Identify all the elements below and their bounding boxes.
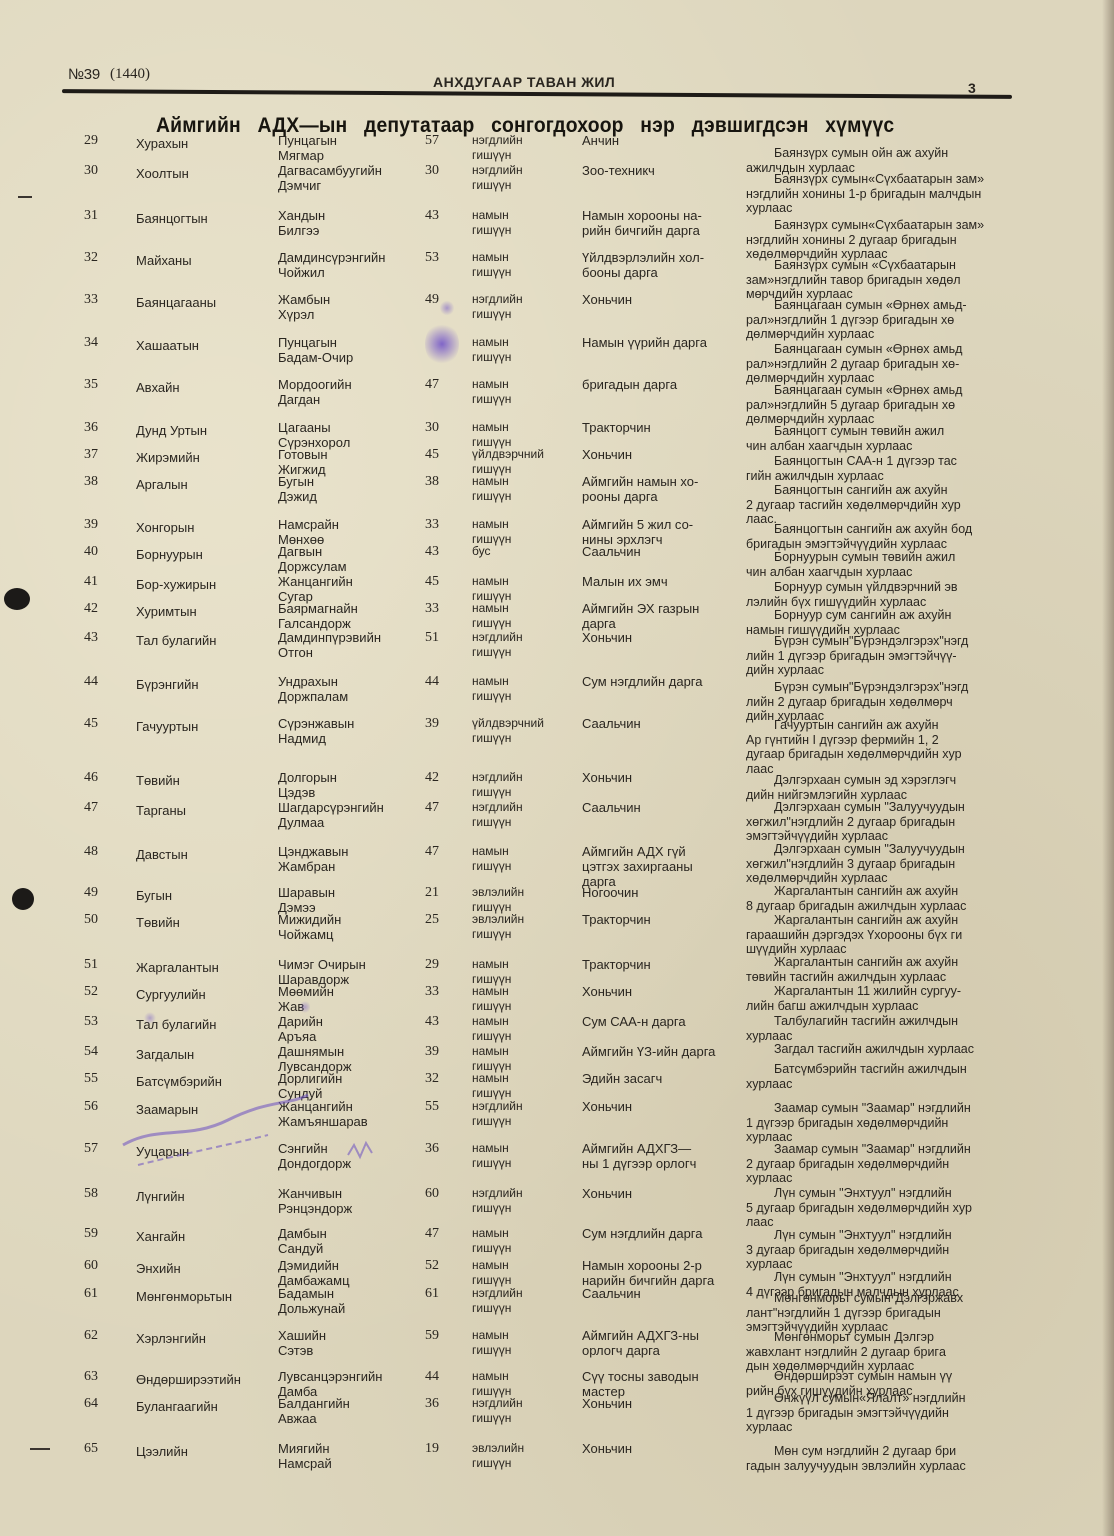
- occupation-line: Хоньчин: [582, 1099, 727, 1114]
- district-name: Дунд Уртын: [136, 423, 207, 438]
- candidate-name: ДолгорынЦэдэв: [278, 770, 337, 800]
- district-name: Төвийн: [136, 915, 180, 930]
- party-membership-line: нэгдлийн: [472, 1099, 523, 1114]
- row-number: 31: [84, 208, 98, 223]
- nomination-line: рал»нэгдлийн 5 дугаар бригадын хө: [746, 398, 992, 413]
- candidate-name: ДэмидийнДамбажамц: [278, 1258, 350, 1288]
- row-number: 57: [84, 1141, 98, 1156]
- party-membership-line: намын: [472, 1226, 511, 1241]
- candidate-age: 39: [425, 1044, 439, 1059]
- party-membership-line: гишүүн: [472, 392, 511, 407]
- candidate-name-line: Дарийн: [278, 1014, 323, 1029]
- candidate-name: ДагвынДоржсулам: [278, 544, 347, 574]
- nomination-line: лэлийн бүх гишүүдийн хурлаас: [746, 595, 992, 610]
- candidate-name: Чимэг ОчирынШаравдорж: [278, 957, 366, 987]
- candidate-name: БугынДэжид: [278, 474, 317, 504]
- party-membership: намынгишүүн: [472, 957, 511, 987]
- candidate-age: 47: [425, 800, 439, 815]
- nomination-line: 3 дугаар бригадын хөдөлмөрчдийн: [746, 1243, 992, 1258]
- occupation-line: Аймгийн намын хо-: [582, 474, 727, 489]
- party-membership-line: гишүүн: [472, 1201, 523, 1216]
- candidate-name-line: Дашнямын: [278, 1044, 352, 1059]
- nomination-line: Мөн сум нэгдлийн 2 дугаар бри: [746, 1444, 992, 1459]
- row-number: 38: [84, 474, 98, 489]
- occupation-line: Сум нэгдлийн дарга: [582, 1226, 727, 1241]
- candidate-name: ЦагааныСүрэнхорол: [278, 420, 350, 450]
- nomination-entry: Баянцогтын САА-н 1 дүгээр тасгийн ажилчд…: [746, 454, 992, 483]
- nomination-line: Ар гүнтийн I дүгээр фермийн 1, 2: [746, 733, 992, 748]
- party-membership: нэгдлийнгишүүн: [472, 292, 523, 322]
- occupation: Саальчин: [582, 800, 727, 815]
- candidate-name-line: Жамбран: [278, 859, 348, 874]
- candidate-age: 57: [425, 133, 439, 148]
- party-membership: намынгишүүн: [472, 1328, 511, 1358]
- nomination-entry: Баянцогтын сангийн аж ахуйн2 дугаар тасг…: [746, 483, 992, 527]
- party-membership-line: гишүүн: [472, 1241, 511, 1256]
- occupation-line: Аймгийн АДХГЗ-ны: [582, 1328, 727, 1343]
- occupation: Аймгийн намын хо-рооны дарга: [582, 474, 727, 504]
- occupation: бригадын дарга: [582, 377, 727, 392]
- occupation: Хоньчин: [582, 630, 727, 645]
- occupation-line: Хоньчин: [582, 292, 727, 307]
- candidate-name-line: Долгорын: [278, 770, 337, 785]
- nomination-line: бригадын эмэгтэйчүүдийн хурлаас: [746, 537, 992, 552]
- party-membership: нэгдлийнгишүүн: [472, 1186, 523, 1216]
- candidate-name: ЛувсанцэрэнгийнДамба: [278, 1369, 382, 1399]
- nomination-line: лийн 1 дүгээр бригадын эмэгтэйчүү-: [746, 649, 992, 664]
- page-edge-shadow: [1102, 0, 1114, 1536]
- candidate-name-line: Чойжил: [278, 265, 386, 280]
- nomination-entry: Борнуурын сумын төвийн ажилчин албан хаа…: [746, 550, 992, 579]
- district-name: Лүнгийн: [136, 1189, 185, 1204]
- candidate-name-line: Мягмар: [278, 148, 337, 163]
- candidate-name-line: Хашийн: [278, 1328, 326, 1343]
- party-membership-line: намын: [472, 1258, 511, 1273]
- nomination-line: гадын залуучуудын эвлэлийн хурлаас: [746, 1459, 992, 1474]
- party-membership-line: гишүүн: [472, 645, 523, 660]
- candidate-name: МижидийнЧойжамц: [278, 912, 341, 942]
- nomination-entry: Дэлгэрхаан сумын эд хэрэглэгчдийн нийгэм…: [746, 773, 992, 802]
- occupation-line: Хоньчин: [582, 1186, 727, 1201]
- nomination-line: Баянзүрх сумын «Сүхбаатарын: [746, 258, 992, 273]
- candidate-age: 43: [425, 544, 439, 559]
- party-membership-line: гишүүн: [472, 307, 523, 322]
- punch-hole: [12, 888, 34, 910]
- candidate-name-line: Отгон: [278, 645, 381, 660]
- row-number: 64: [84, 1396, 98, 1411]
- district-name: Заамарын: [136, 1102, 198, 1117]
- candidate-age: 53: [425, 250, 439, 265]
- party-membership-line: намын: [472, 844, 511, 859]
- nomination-entry: Өнжүүл сумын«Ялалт» нэгдлийн1 дүгээр бри…: [746, 1391, 992, 1435]
- row-number: 49: [84, 885, 98, 900]
- candidate-name: ДашнямынЛувсандорж: [278, 1044, 352, 1074]
- district-name: Загдалын: [136, 1047, 194, 1062]
- party-membership: үйлдвэрчнийгишүүн: [472, 447, 544, 477]
- party-membership-line: намын: [472, 957, 511, 972]
- party-membership: намынгишүүн: [472, 250, 511, 280]
- candidate-name-line: Дагдан: [278, 392, 352, 407]
- candidate-name: ЦэнджавынЖамбран: [278, 844, 348, 874]
- row-number: 51: [84, 957, 98, 972]
- district-name: Ууцарын: [136, 1144, 189, 1159]
- party-membership-line: гишүүн: [472, 616, 511, 631]
- nomination-line: Жаргалантын 11 жилийн сургуу-: [746, 984, 992, 999]
- candidate-name: МордоогийнДагдан: [278, 377, 352, 407]
- candidate-name-line: Билгээ: [278, 223, 325, 238]
- occupation: Саальчин: [582, 1286, 727, 1301]
- nomination-entry: Загдал тасгийн ажилчдын хурлаас: [746, 1042, 992, 1057]
- nomination-line: Баянцогтын сангийн аж ахуйн бод: [746, 522, 992, 537]
- occupation-line: Намын хорооны на-: [582, 208, 727, 223]
- candidate-name: ПунцагынМягмар: [278, 133, 337, 163]
- occupation-line: Саальчин: [582, 544, 727, 559]
- candidate-name: ГотовынЖигжид: [278, 447, 328, 477]
- row-number: 60: [84, 1258, 98, 1273]
- nomination-line: Лүн сумын "Энхтуул" нэгдлийн: [746, 1270, 992, 1285]
- party-membership-line: гишүүн: [472, 731, 544, 746]
- party-membership: нэгдлийнгишүүн: [472, 1099, 523, 1129]
- candidate-name-line: Галсандорж: [278, 616, 358, 631]
- district-name: Бор-хужирын: [136, 577, 216, 592]
- candidate-name-line: Дагвын: [278, 544, 347, 559]
- nomination-entry: Гачууртын сангийн аж ахуйнАр гүнтийн I д…: [746, 718, 992, 776]
- candidate-age: 47: [425, 377, 439, 392]
- occupation: Намын хорооны 2-рнарийн бичгийн дарга: [582, 1258, 727, 1288]
- nomination-entry: Батсүмбэрийн тасгийн ажилчдынхурлаас: [746, 1062, 992, 1091]
- candidate-name: ЖамбынХүрэл: [278, 292, 330, 322]
- party-membership-line: эвлэлийн: [472, 885, 524, 900]
- party-membership: намынгишүүн: [472, 335, 511, 365]
- candidate-name: БадамынДольжунай: [278, 1286, 345, 1316]
- district-name: Хуримтын: [136, 604, 197, 619]
- party-membership: намынгишүүн: [472, 674, 511, 704]
- nomination-line: төвийн тасгийн ажилчдын хурлаас: [746, 970, 992, 985]
- nomination-line: чин албан хаагчдын хурлаас: [746, 565, 992, 580]
- district-name: Хоолтын: [136, 166, 189, 181]
- party-membership-line: гишүүн: [472, 350, 511, 365]
- candidate-age: 43: [425, 208, 439, 223]
- occupation: Анчин: [582, 133, 727, 148]
- nomination-line: хурлаас: [746, 201, 992, 216]
- nomination-line: лант"нэгдлийн 1 дүгээр бригадын: [746, 1306, 992, 1321]
- candidate-age: 55: [425, 1099, 439, 1114]
- district-name: Бугын: [136, 888, 172, 903]
- nomination-line: Баянцагаан сумын «Өрнөх амьд: [746, 342, 992, 357]
- party-membership-line: эвлэлийн: [472, 1441, 524, 1456]
- occupation-line: Тракторчин: [582, 957, 727, 972]
- nomination-entry: Мөн сум нэгдлийн 2 дугаар бригадын залуу…: [746, 1444, 992, 1473]
- occupation: Аймгийн ЭХ газрындарга: [582, 601, 727, 631]
- party-membership: намынгишүүн: [472, 1141, 511, 1171]
- party-membership-line: үйлдвэрчний: [472, 447, 544, 462]
- occupation: Хоньчин: [582, 447, 727, 462]
- party-membership: намынгишүүн: [472, 844, 511, 874]
- candidate-name-line: Дулмаа: [278, 815, 384, 830]
- candidate-name-line: Пунцагын: [278, 335, 353, 350]
- occupation: Малын их эмч: [582, 574, 727, 589]
- row-number: 52: [84, 984, 98, 999]
- district-name: Бүрэнгийн: [136, 677, 199, 692]
- row-number: 48: [84, 844, 98, 859]
- party-membership-line: намын: [472, 1014, 511, 1029]
- candidate-name-line: Чимэг Очирын: [278, 957, 366, 972]
- party-membership-line: нэгдлийн: [472, 770, 523, 785]
- occupation: Тракторчин: [582, 420, 727, 435]
- candidate-name-line: Жамбын: [278, 292, 330, 307]
- party-membership: эвлэлийнгишүүн: [472, 912, 524, 942]
- nomination-entry: Мөнгөнморьт сумын Дэлгэржавхлант нэгдлий…: [746, 1330, 992, 1374]
- nomination-entry: Лүн сумын "Энхтуул" нэгдлийн3 дугаар бри…: [746, 1228, 992, 1272]
- nomination-line: Дэлгэрхаан сумын "Залуучуудын: [746, 800, 992, 815]
- district-name: Авхайн: [136, 380, 180, 395]
- candidate-name: ДорлигийнСундуй: [278, 1071, 342, 1101]
- party-membership-line: гишүүн: [472, 178, 523, 193]
- candidate-name-line: Дондогдорж: [278, 1156, 351, 1171]
- nomination-line: 8 дугаар бригадын ажилчдын хурлаас: [746, 899, 992, 914]
- nomination-line: дугаар бригадын хөдөлмөрчдийн хур: [746, 747, 992, 762]
- candidate-name-line: Дольжунай: [278, 1301, 345, 1316]
- occupation: Сум САА-н дарга: [582, 1014, 727, 1029]
- candidate-name-line: Сэнгийн: [278, 1141, 351, 1156]
- nomination-line: Өндөрширээт сумын намын үү: [746, 1369, 992, 1384]
- row-number: 55: [84, 1071, 98, 1086]
- nomination-entry: Жаргалантын 11 жилийн сургуу-лийн багш а…: [746, 984, 992, 1013]
- district-name: Тарганы: [136, 803, 186, 818]
- nomination-line: Борнуур сум сангийн аж ахуйн: [746, 608, 992, 623]
- party-membership-line: намын: [472, 1369, 511, 1384]
- candidate-name: ДамдинпүрэвийнОтгон: [278, 630, 381, 660]
- candidate-age: 44: [425, 1369, 439, 1384]
- party-membership-line: намын: [472, 335, 511, 350]
- party-membership: намынгишүүн: [472, 601, 511, 631]
- occupation: Хоньчин: [582, 292, 727, 307]
- candidate-name-line: Ундрахын: [278, 674, 348, 689]
- nomination-line: Баянзүрх сумын ойн аж ахуйн: [746, 146, 992, 161]
- candidate-name-line: Сандуй: [278, 1241, 327, 1256]
- district-name: Өндөрширээтийн: [136, 1372, 241, 1387]
- party-membership-line: гишүүн: [472, 1029, 511, 1044]
- nomination-line: 2 дугаар бригадын хөдөлмөрчдийн: [746, 1157, 992, 1172]
- candidate-name: ДагвасамбуугийнДэмчиг: [278, 163, 382, 193]
- party-membership-line: нэгдлийн: [472, 1186, 523, 1201]
- party-membership-line: намын: [472, 377, 511, 392]
- nomination-line: Баянцогтын САА-н 1 дүгээр тас: [746, 454, 992, 469]
- occupation-line: Сум САА-н дарга: [582, 1014, 727, 1029]
- candidate-age: 36: [425, 1141, 439, 1156]
- occupation-line: рийн бичгийн дарга: [582, 223, 727, 238]
- nomination-entry: Баянзүрх сумын«Сүхбаатарын зам»нэгдлийн …: [746, 218, 992, 262]
- occupation: Үйлдвэрлэлийн хол-бооны дарга: [582, 250, 727, 280]
- nomination-line: Жаргалантын сангийн аж ахуйн: [746, 913, 992, 928]
- candidate-name-line: Чойжамц: [278, 927, 341, 942]
- party-membership-line: намын: [472, 1328, 511, 1343]
- ink-stain: [440, 300, 454, 316]
- nomination-entry: Баянцагаан сумын «Өрнөх амьдрал»нэгдлийн…: [746, 342, 992, 386]
- headline-word: хүмүүс: [825, 114, 894, 137]
- candidate-name: ХандынБилгээ: [278, 208, 325, 238]
- candidate-age: 39: [425, 716, 439, 731]
- district-name: Хангайн: [136, 1229, 185, 1244]
- candidate-age: 42: [425, 770, 439, 785]
- nomination-line: Жаргалантын сангийн аж ахуйн: [746, 884, 992, 899]
- candidate-name: БалдангийнАвжаа: [278, 1396, 350, 1426]
- row-number: 43: [84, 630, 98, 645]
- candidate-name: БаярмагнайнГалсандорж: [278, 601, 358, 631]
- nomination-line: хурлаас: [746, 1029, 992, 1044]
- party-membership: эвлэлийнгишүүн: [472, 1441, 524, 1471]
- occupation-line: Саальчин: [582, 716, 727, 731]
- party-membership-line: гишүүн: [472, 1301, 523, 1316]
- occupation: Тракторчин: [582, 957, 727, 972]
- district-name: Хурахын: [136, 136, 188, 151]
- nomination-entry: Баянзүрх сумын«Сүхбаатарын зам»нэгдлийн …: [746, 172, 992, 216]
- occupation-line: Сум нэгдлийн дарга: [582, 674, 727, 689]
- nomination-entry: Бүрэн сумын"Бүрэндэлгэрэх"нэгдлийн 1 дүг…: [746, 634, 992, 678]
- district-name: Баянцагааны: [136, 295, 216, 310]
- candidate-name-line: Дагвасамбуугийн: [278, 163, 382, 178]
- candidate-name-line: Хүрэл: [278, 307, 330, 322]
- ink-stain: [144, 1012, 156, 1024]
- occupation: Эдийн засагч: [582, 1071, 727, 1086]
- party-membership-line: нэгдлийн: [472, 163, 523, 178]
- occupation-line: Малын их эмч: [582, 574, 727, 589]
- row-number: 41: [84, 574, 98, 589]
- candidate-age: 61: [425, 1286, 439, 1301]
- occupation-line: Хоньчин: [582, 1396, 727, 1411]
- candidate-name-line: Дамдинпүрэвийн: [278, 630, 381, 645]
- nomination-entry: Жаргалантын сангийн аж ахуйнтөвийн тасги…: [746, 955, 992, 984]
- stamp-scribble: [118, 1085, 418, 1175]
- nomination-line: Бүрэн сумын"Бүрэндэлгэрэх"нэгд: [746, 634, 992, 649]
- candidate-name-line: Готовын: [278, 447, 328, 462]
- occupation-line: Тракторчин: [582, 912, 727, 927]
- party-membership-line: эвлэлийн: [472, 912, 524, 927]
- candidate-name-line: Цэдэв: [278, 785, 337, 800]
- party-membership: нэгдлийнгишүүн: [472, 1286, 523, 1316]
- district-name: Мөнгөнморьтын: [136, 1289, 232, 1304]
- nomination-entry: Баянцогт сумын төвийн ажилчин албан хааг…: [746, 424, 992, 453]
- occupation-line: Хоньчин: [582, 447, 727, 462]
- candidate-name-line: Дэмидийн: [278, 1258, 350, 1273]
- party-membership-line: намын: [472, 574, 511, 589]
- party-membership-line: намын: [472, 474, 511, 489]
- occupation: Намын хорооны на-рийн бичгийн дарга: [582, 208, 727, 238]
- candidate-name: ДамбынСандуй: [278, 1226, 327, 1256]
- district-name: Энхийн: [136, 1261, 181, 1276]
- candidate-name-line: Надмид: [278, 731, 354, 746]
- party-membership-line: намын: [472, 517, 511, 532]
- party-membership-line: гишүүн: [472, 148, 523, 163]
- occupation-line: Хоньчин: [582, 1441, 727, 1456]
- nomination-line: дийн хурлаас: [746, 663, 992, 678]
- candidate-age: 30: [425, 420, 439, 435]
- candidate-name: ЖанцангийнЖамъяншарав: [278, 1099, 368, 1129]
- nomination-line: Жаргалантын сангийн аж ахуйн: [746, 955, 992, 970]
- nomination-entry: Заамар сумын "Заамар" нэгдлийн2 дугаар б…: [746, 1142, 992, 1186]
- candidate-age: 33: [425, 984, 439, 999]
- nomination-line: 5 дугаар бригадын хөдөлмөрчдийн хур: [746, 1201, 992, 1216]
- occupation-line: Эдийн засагч: [582, 1071, 727, 1086]
- candidate-name-line: Намсрайн: [278, 517, 339, 532]
- candidate-name-line: Пунцагын: [278, 133, 337, 148]
- party-membership-line: гишүүн: [472, 265, 511, 280]
- occupation-line: Сүү тосны заводын: [582, 1369, 727, 1384]
- candidate-name: ДамдинсүрэнгийнЧойжил: [278, 250, 386, 280]
- candidate-age: 52: [425, 1258, 439, 1273]
- candidate-name-line: Бадам-Очир: [278, 350, 353, 365]
- headline-word: депутатаар: [364, 114, 474, 137]
- occupation: Аймгийн ҮЗ-ийн дарга: [582, 1044, 727, 1059]
- nomination-line: хөгжил"нэгдлийн 3 дугаар бригадын: [746, 857, 992, 872]
- row-number: 50: [84, 912, 98, 927]
- candidate-name: СүрэнжавынНадмид: [278, 716, 354, 746]
- candidate-name-line: Шагдарсүрэнгийн: [278, 800, 384, 815]
- district-name: Булангаагийн: [136, 1399, 218, 1414]
- headline-word: Аймгийн: [156, 114, 241, 137]
- party-membership-line: нэгдлийн: [472, 800, 523, 815]
- candidate-name-line: Жанцангийн: [278, 574, 353, 589]
- occupation: Хоньчин: [582, 984, 727, 999]
- candidate-age: 38: [425, 474, 439, 489]
- occupation: Аймгийн 5 жил со-нины эрхлэгч: [582, 517, 727, 547]
- nomination-entry: Талбулагийн тасгийн ажилчдынхурлаас: [746, 1014, 992, 1043]
- nomination-entry: Баянцагаан сумын «Өрнөх амьдрал»нэгдлийн…: [746, 383, 992, 427]
- candidate-name: СэнгийнДондогдорж: [278, 1141, 351, 1171]
- party-membership-line: гишүүн: [472, 1343, 511, 1358]
- candidate-age: 33: [425, 601, 439, 616]
- candidate-name-line: Жанчивын: [278, 1186, 352, 1201]
- row-number: 33: [84, 292, 98, 307]
- nomination-line: хурлаас: [746, 1077, 992, 1092]
- row-number: 32: [84, 250, 98, 265]
- nomination-line: рал»нэгдлийн 2 дугаар бригадын хө-: [746, 357, 992, 372]
- party-membership-line: гишүүн: [472, 785, 523, 800]
- nomination-line: Батсүмбэрийн тасгийн ажилчдын: [746, 1062, 992, 1077]
- district-name: Хэрлэнгийн: [136, 1331, 206, 1346]
- party-membership: намынгишүүн: [472, 1258, 511, 1288]
- party-membership-line: үйлдвэрчний: [472, 716, 544, 731]
- occupation: Хоньчин: [582, 1441, 727, 1456]
- party-membership: нэгдлийнгишүүн: [472, 133, 523, 163]
- occupation-line: Намын хорооны 2-р: [582, 1258, 727, 1273]
- occupation-line: Ногоочин: [582, 885, 727, 900]
- candidate-name-line: Баярмагнайн: [278, 601, 358, 616]
- row-number: 40: [84, 544, 98, 559]
- candidate-name-line: Доржпалам: [278, 689, 348, 704]
- occupation-line: Намын үүрийн дарга: [582, 335, 727, 350]
- party-membership-line: гишүүн: [472, 1114, 523, 1129]
- candidate-age: 21: [425, 885, 439, 900]
- row-number: 36: [84, 420, 98, 435]
- district-name: Цээлийн: [136, 1444, 188, 1459]
- nomination-line: лийн 2 дугаар бригадын хөдөлмөрч: [746, 695, 992, 710]
- nomination-line: зам»нэгдлийн тавор бригадын хөдөл: [746, 273, 992, 288]
- row-number: 34: [84, 335, 98, 350]
- party-membership: намынгишүүн: [472, 420, 511, 450]
- candidate-name-line: Намсрай: [278, 1456, 332, 1471]
- row-number: 35: [84, 377, 98, 392]
- nomination-line: Баянзүрх сумын«Сүхбаатарын зам»: [746, 218, 992, 233]
- nomination-line: Борнуурын сумын төвийн ажил: [746, 550, 992, 565]
- district-name: Тал булагийн: [136, 633, 216, 648]
- candidate-name-line: Дамдинсүрэнгийн: [278, 250, 386, 265]
- row-number: 59: [84, 1226, 98, 1241]
- nomination-line: Баянзүрх сумын«Сүхбаатарын зам»: [746, 172, 992, 187]
- party-membership: намынгишүүн: [472, 474, 511, 504]
- nomination-line: хурлаас: [746, 1171, 992, 1186]
- candidate-age: 43: [425, 1014, 439, 1029]
